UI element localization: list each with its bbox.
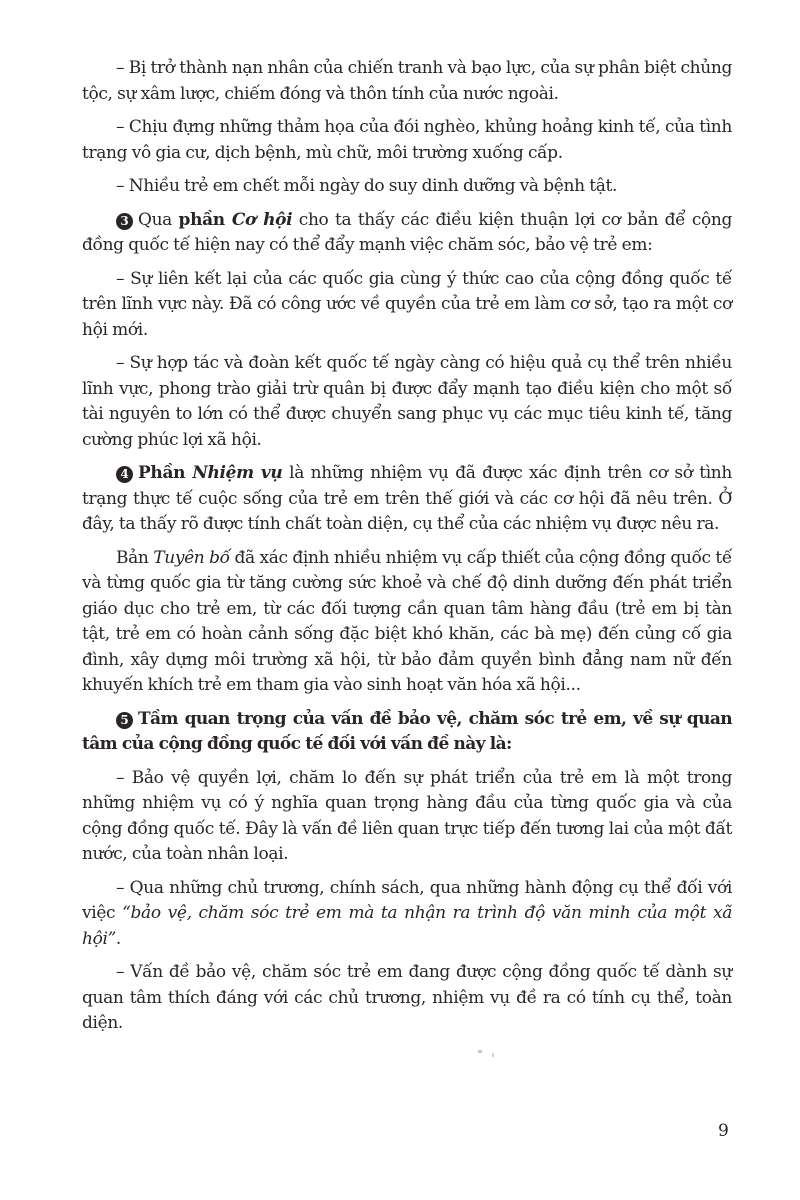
heading-text: Tầm quan trọng của vấn đề bảo vệ, chăm s… [82,709,732,755]
paragraph-declaration-tasks: Bản Tuyên bố đã xác định nhiều nhiệm vụ … [82,546,732,699]
scan-speck [478,1050,482,1053]
page-number: 9 [718,1121,729,1141]
paragraph-victims-of-war: – Bị trở thành nạn nhân của chiến tranh … [82,56,732,107]
section-heading-importance: 5Tầm quan trọng của vấn đề bảo vệ, chăm … [82,707,732,758]
paragraph-community-attention: – Vấn đề bảo vệ, chăm sóc trẻ em đang đư… [82,960,732,1037]
paragraph-tasks-intro: 4Phần Nhiệm vụ là những nhiệm vụ đã được… [82,461,732,538]
paragraph-protect-rights: – Bảo vệ quyền lợi, chăm lo đến sự phát … [82,766,732,868]
paragraph-lead: Bản [116,548,153,568]
paragraph-national-cooperation: – Sự liên kết lại của các quốc gia cùng … [82,267,732,344]
paragraph-body: đã xác định nhiều nhiệm vụ cấp thiết của… [82,548,732,696]
document-page: – Bị trở thành nạn nhân của chiến tranh … [82,56,732,1045]
bold-term: Phần [138,463,192,483]
paragraph-policies-civilization: – Qua những chủ trương, chính sách, qua … [82,876,732,953]
paragraph-child-deaths: – Nhiều trẻ em chết mỗi ngày do suy dinh… [82,174,732,200]
circled-number-3-icon: 3 [116,213,133,230]
paragraph-international-solidarity: – Sự hợp tác và đoàn kết quốc tế ngày cà… [82,351,732,453]
italic-term: Tuyên bố [153,548,229,568]
scan-speck [492,1053,494,1057]
paragraph-opportunities-intro: 3Qua phần Cơ hội cho ta thấy các điều ki… [82,208,732,259]
bold-italic-term: Nhiệm vụ [192,463,282,483]
paragraph-body: . [116,929,121,949]
paragraph-lead: Qua [138,210,179,230]
italic-quote: “bảo vệ, chăm sóc trẻ em mà ta nhận ra t… [82,903,732,949]
circled-number-5-icon: 5 [116,712,133,729]
circled-number-4-icon: 4 [116,466,133,483]
bold-term: phần [179,210,232,230]
paragraph-poverty-disasters: – Chịu đựng những thảm họa của đói nghèo… [82,115,732,166]
bold-italic-term: Cơ hội [232,210,292,230]
